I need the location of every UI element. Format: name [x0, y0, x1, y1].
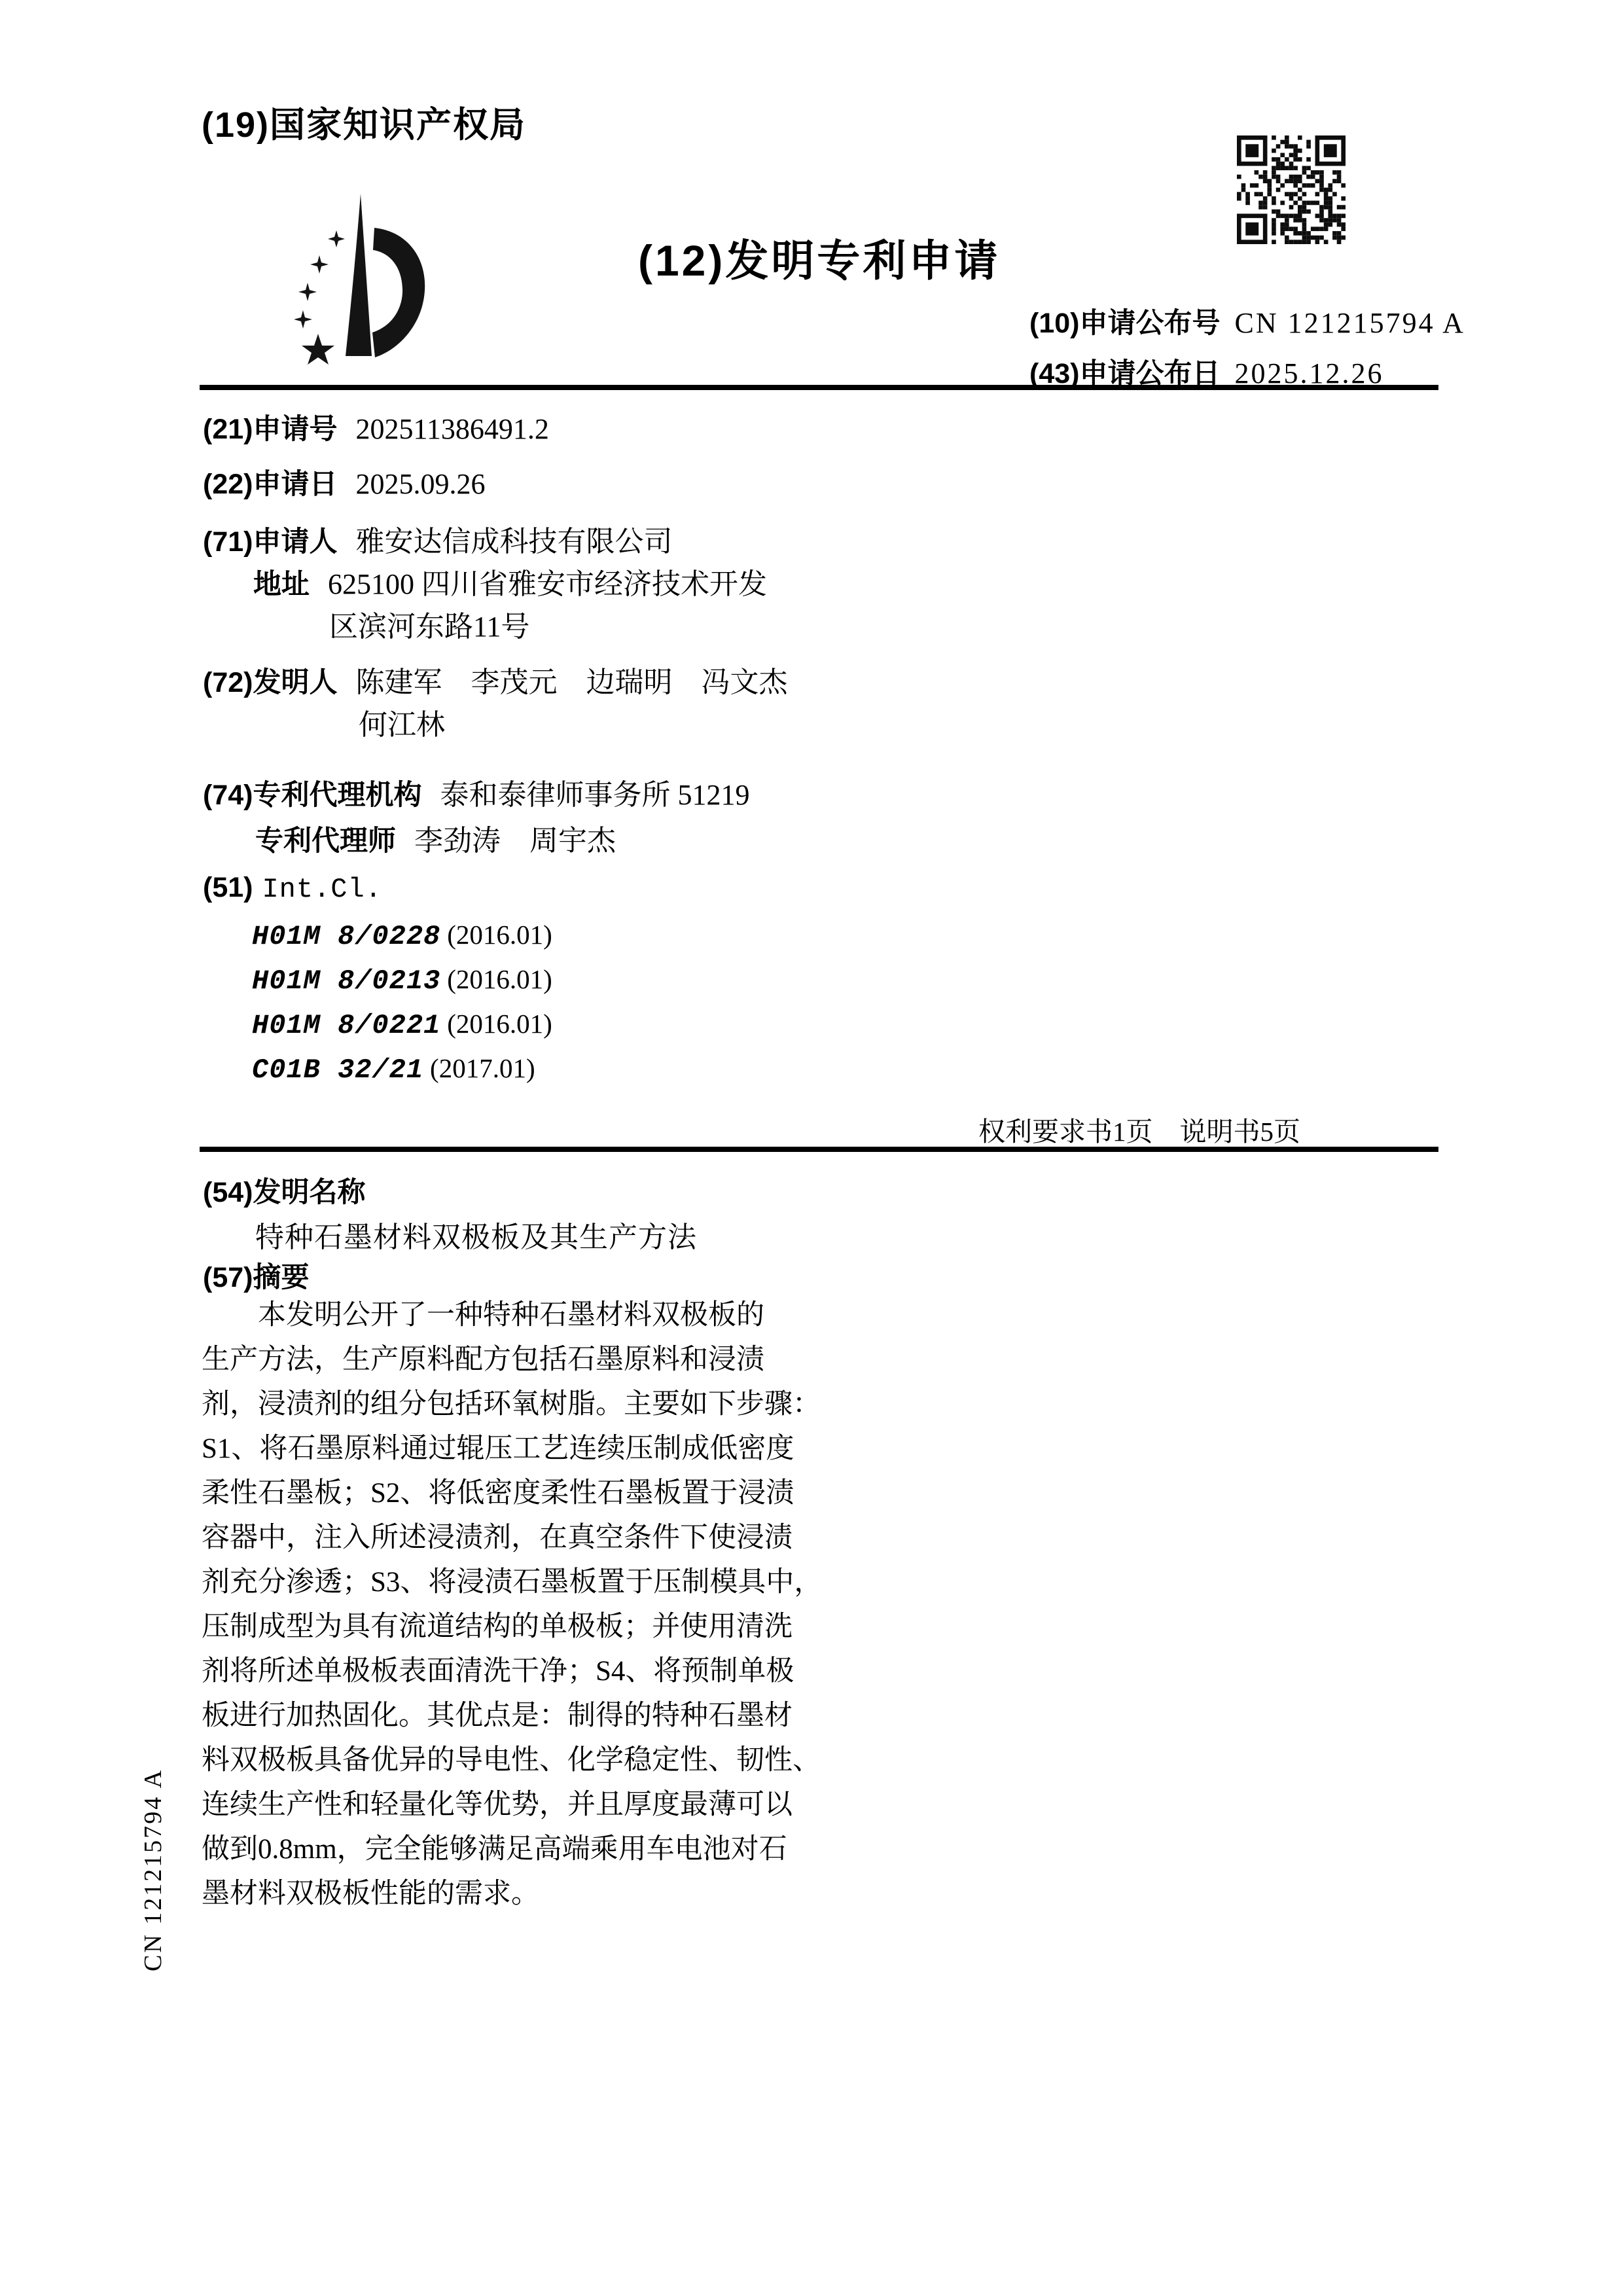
application-number-row: (21)申请号 202511386491.2 [203, 407, 549, 447]
agent-label: 专利代理师 [255, 819, 396, 859]
classification-code: H01M 8/0228 [252, 921, 440, 952]
abstract-line: 料双极板具备优异的导电性、化学稳定性、韧性、 [202, 1738, 833, 1783]
applicant-row: (71)申请人 雅安达信成科技有限公司 [203, 518, 672, 560]
abstract-line: 柔性石墨板；S2、将低密度柔性石墨板置于浸渍 [202, 1471, 833, 1516]
abstract-line: S1、将石墨原料通过辊压工艺连续压制成低密度 [202, 1427, 833, 1471]
classification-code: H01M 8/0213 [252, 965, 440, 997]
abstract-paragraph: 本发明公开了一种特种石墨材料双极板的 生产方法，生产原料配方包括石墨原料和浸渍 … [202, 1293, 833, 1916]
abstract-line: 容器中，注入所述浸渍剂，在真空条件下使浸渍 [202, 1516, 833, 1560]
abstract-line: 板进行加热固化。其优点是：制得的特种石墨材 [202, 1694, 833, 1738]
abstract-line: 剂将所述单极板表面清洗干净；S4、将预制单极 [202, 1649, 833, 1694]
abstract-line: 墨材料双极板性能的需求。 [202, 1872, 833, 1916]
application-date-label: (22)申请日 [203, 462, 337, 502]
int-cl-label: Int.Cl. [262, 874, 382, 905]
document-type-title: (12)发明专利申请 [638, 226, 1000, 288]
address-line2: 区滨河东路11号 [329, 603, 529, 645]
section-divider [200, 1147, 1438, 1152]
application-number-label: (21)申请号 [203, 407, 337, 447]
publication-number-row: (10)申请公布号 CN 121215794 A [1029, 301, 1465, 341]
classification-code: C01B 32/21 [252, 1054, 423, 1086]
application-date-value: 2025.09.26 [355, 467, 485, 501]
invention-title: 特种石墨材料双极板及其生产方法 [255, 1213, 697, 1255]
abstract-line: 生产方法，生产原料配方包括石墨原料和浸渍 [202, 1338, 833, 1382]
patent-office-label: (19)国家知识产权局 [202, 97, 526, 147]
agent-value: 李劲涛 周宇杰 [414, 817, 616, 859]
abstract-line: 连续生产性和轻量化等优势，并且厚度最薄可以 [202, 1783, 833, 1827]
cnipa-logo-graphic [281, 191, 438, 368]
inventors-row: (72)发明人 陈建军 李茂元 边瑞明 冯文杰 [203, 658, 787, 700]
header-divider [200, 385, 1438, 390]
patent-front-page: (19)国家知识产权局 (12)发明专利申请 (10)申请公布号 CN 1212… [0, 0, 1623, 2296]
pages-count-note: 权利要求书1页 说明书5页 [978, 1110, 1300, 1149]
classification-entry: H01M 8/0213 (2016.01) [252, 963, 552, 997]
inventors-label: (72)发明人 [203, 660, 337, 700]
cnipa-logo [281, 191, 438, 368]
classification-entry: C01B 32/21 (2017.01) [252, 1052, 535, 1086]
qr-code [1236, 135, 1347, 244]
abstract-line: 本发明公开了一种特种石墨材料双极板的 [202, 1293, 833, 1338]
application-number-value: 202511386491.2 [355, 412, 548, 446]
address-line1: 625100 四川省雅安市经济技术开发 [328, 560, 767, 602]
agency-row: (74)专利代理机构 泰和泰律师事务所 51219 [203, 771, 749, 813]
int-cl-number: (51) [203, 872, 253, 904]
classification-version: (2016.01) [447, 1008, 552, 1039]
classification-code: H01M 8/0221 [252, 1010, 440, 1041]
abstract-label: (57)摘要 [203, 1255, 309, 1295]
int-cl-row: (51) Int.Cl. [203, 872, 382, 905]
invention-title-label: (54)发明名称 [203, 1170, 365, 1210]
side-publication-code: CN 121215794 A [139, 1768, 168, 1971]
classification-entry: H01M 8/0221 (2016.01) [252, 1008, 552, 1041]
agency-value: 泰和泰律师事务所 51219 [440, 771, 749, 813]
publication-number-label: (10)申请公布号 [1029, 301, 1220, 341]
application-date-row: (22)申请日 2025.09.26 [203, 462, 485, 502]
address-label: 地址 [253, 562, 310, 602]
classification-version: (2017.01) [430, 1052, 535, 1084]
abstract-line: 剂，浸渍剂的组分包括环氧树脂。主要如下步骤： [202, 1382, 833, 1427]
abstract-line: 做到0.8mm，完全能够满足高端乘用车电池对石 [202, 1827, 833, 1872]
classification-version: (2016.01) [447, 919, 552, 950]
inventors-line1: 陈建军 李茂元 边瑞明 冯文杰 [355, 658, 787, 700]
publication-number-value: CN 121215794 A [1234, 306, 1465, 340]
agency-label: (74)专利代理机构 [203, 773, 421, 813]
classification-version: (2016.01) [447, 963, 552, 995]
abstract-line: 压制成型为具有流道结构的单极板；并使用清洗 [202, 1605, 833, 1649]
inventors-line2: 何江林 [359, 701, 445, 743]
classification-entry: H01M 8/0228 (2016.01) [252, 919, 552, 952]
abstract-line: 剂充分渗透；S3、将浸渍石墨板置于压制模具中， [202, 1560, 833, 1605]
applicant-label: (71)申请人 [203, 520, 337, 560]
agent-row: 专利代理师 李劲涛 周宇杰 [255, 817, 616, 859]
applicant-value: 雅安达信成科技有限公司 [355, 518, 672, 560]
applicant-address-row: 地址 625100 四川省雅安市经济技术开发 [253, 560, 767, 602]
